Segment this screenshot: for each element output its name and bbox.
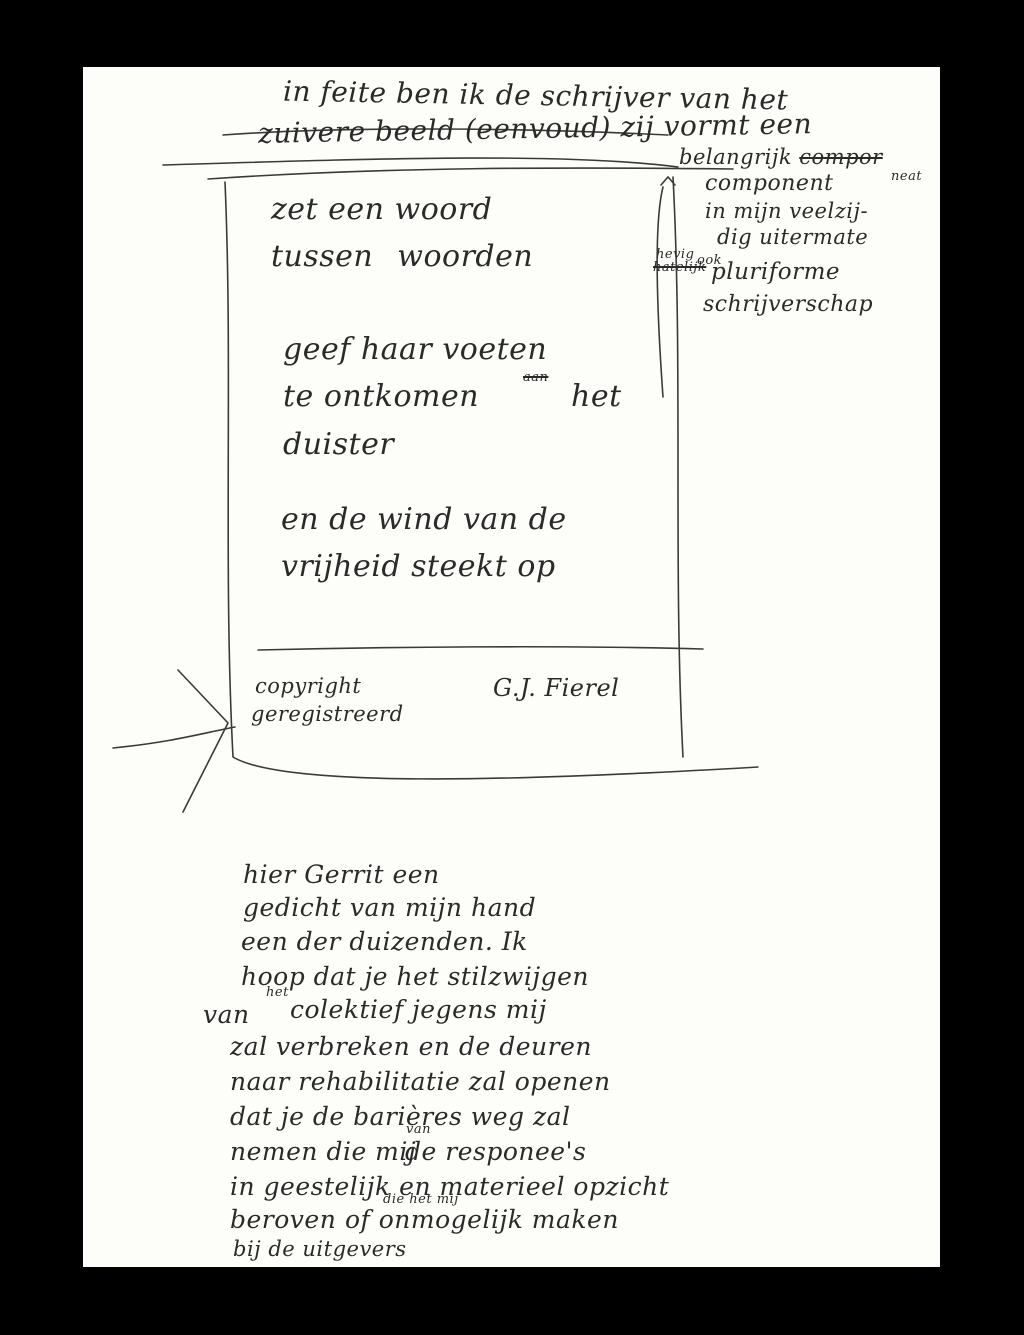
header-note-line-3: belangrijk compor bbox=[679, 145, 883, 169]
letter-insert-het: het bbox=[266, 985, 289, 1000]
letter-line: hoop dat je het stilzwijgen bbox=[241, 962, 589, 991]
letter-line: de responee's bbox=[405, 1137, 586, 1166]
signature: G.J. Fierel bbox=[493, 674, 619, 702]
poem-struck-word: aan bbox=[523, 370, 548, 385]
letter-line: bij de uitgevers bbox=[233, 1237, 407, 1261]
letter-line: dat je de barières weg zal bbox=[230, 1102, 571, 1131]
letter-line: gedicht van mijn hand bbox=[243, 893, 536, 922]
poem-line: het bbox=[571, 379, 622, 414]
side-note-aside: neat bbox=[891, 169, 922, 184]
letter-insert-van: van bbox=[406, 1122, 431, 1137]
letter-line: of onmogelijk maken bbox=[345, 1205, 619, 1234]
letter-line: naar rehabilitatie zal openen bbox=[230, 1067, 611, 1096]
letter-line: hier Gerrit een bbox=[243, 860, 440, 889]
letter-page: in feite ben ik de schrijver van het zui… bbox=[83, 67, 940, 1267]
poem-line: duister bbox=[283, 427, 394, 462]
poem-line: tussen woorden bbox=[271, 239, 533, 274]
poem-line: geef haar voeten bbox=[283, 332, 547, 367]
copyright-line-1: copyright bbox=[255, 674, 361, 698]
poem-line: vrijheid steekt op bbox=[281, 549, 556, 584]
side-note-line-1: component bbox=[705, 171, 833, 196]
side-note-line-4: pluriforme bbox=[711, 259, 840, 285]
letter-line: van bbox=[203, 1000, 250, 1029]
letter-line: nemen die mij bbox=[230, 1137, 416, 1166]
side-note-line-2: in mijn veelzij- bbox=[705, 199, 868, 223]
letter-line: colektief jegens mij bbox=[290, 995, 547, 1024]
poem-line: en de wind van de bbox=[281, 502, 567, 537]
letter-line: beroven bbox=[230, 1205, 336, 1234]
struck-word: compor bbox=[799, 145, 882, 169]
letter-line: een der duizenden. Ik bbox=[241, 927, 528, 956]
side-note-line-3: dig uitermate bbox=[717, 225, 868, 249]
header-note-word: belangrijk bbox=[679, 145, 792, 169]
copyright-line-2: geregistreerd bbox=[251, 702, 404, 726]
side-note-line-5: schrijverschap bbox=[703, 292, 873, 317]
letter-line: zal verbreken en de deuren bbox=[230, 1032, 592, 1061]
poem-line: zet een woord bbox=[271, 192, 492, 227]
poem-line: te ontkomen bbox=[283, 379, 479, 414]
